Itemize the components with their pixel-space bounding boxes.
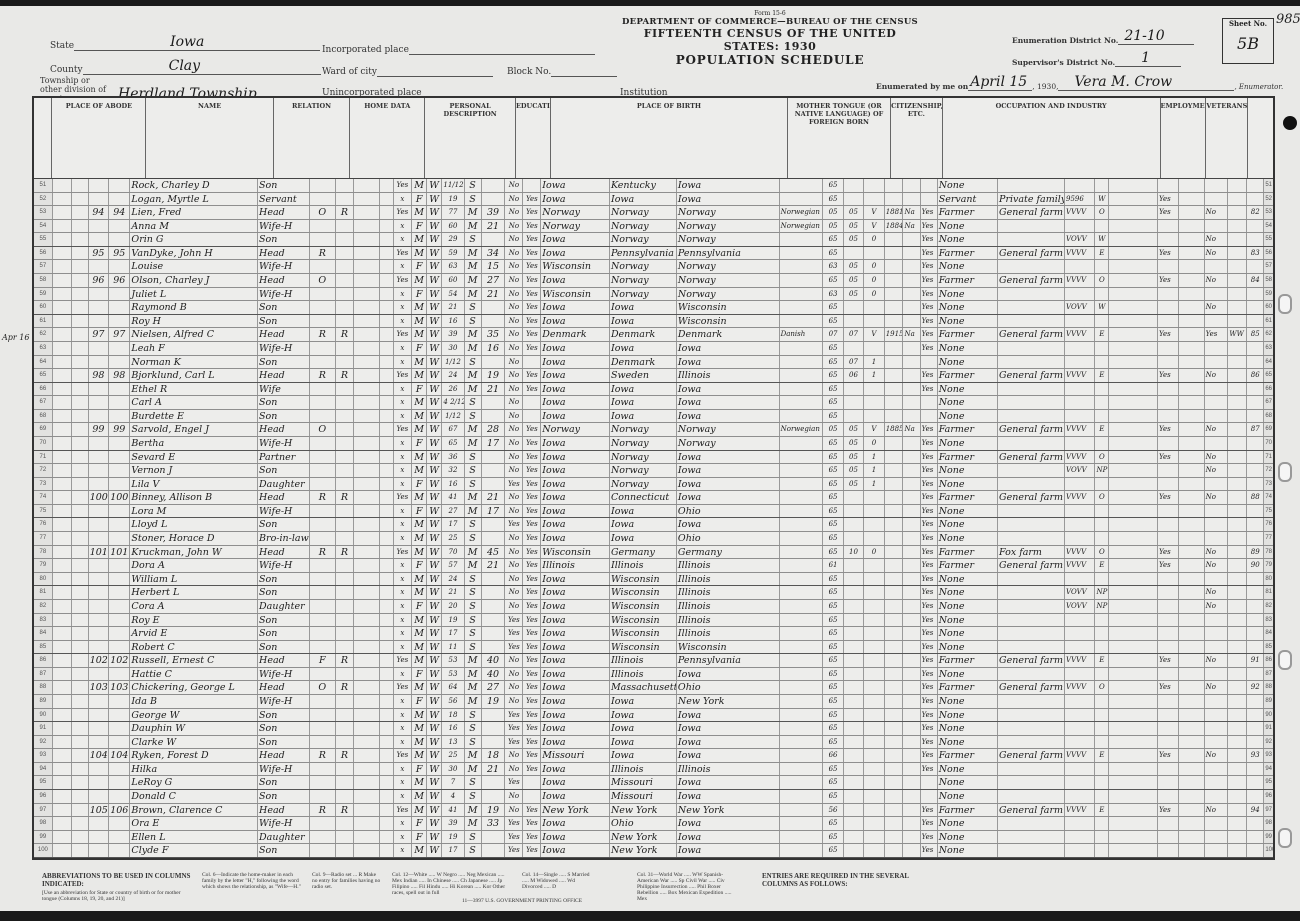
cell-imm: 1915 bbox=[885, 328, 904, 341]
cell-eng: Yes bbox=[921, 423, 938, 436]
cell-b: 05 bbox=[844, 423, 864, 436]
cell-empty bbox=[53, 423, 72, 436]
cell-war bbox=[1228, 804, 1247, 817]
cell-unemp bbox=[1179, 600, 1204, 613]
cell-occ: None bbox=[938, 233, 998, 246]
cell-fam bbox=[109, 790, 130, 803]
cell-empty bbox=[380, 790, 394, 803]
cell-rel: Daughter bbox=[258, 600, 310, 613]
cell-rel: Head bbox=[258, 749, 310, 762]
cell-lang bbox=[780, 709, 824, 722]
cell-empty bbox=[354, 328, 379, 341]
cell-name: Brown, Clarence C bbox=[130, 804, 258, 817]
cell-agem: 45 bbox=[482, 546, 506, 559]
cell-race: W bbox=[427, 763, 442, 776]
cell-line: 76 bbox=[34, 518, 53, 531]
cell-farm: x bbox=[394, 396, 413, 409]
cell-fs bbox=[1247, 505, 1264, 518]
cell-unemp bbox=[1179, 654, 1204, 667]
cell-fam bbox=[109, 776, 130, 789]
cell-ind bbox=[998, 600, 1065, 613]
cell-c bbox=[864, 668, 884, 681]
cell-c bbox=[864, 532, 884, 545]
cell-own: R bbox=[310, 749, 335, 762]
cell-rw bbox=[523, 790, 541, 803]
cell-ind bbox=[998, 464, 1065, 477]
cell-radio bbox=[336, 478, 355, 491]
cell-eng: Yes bbox=[921, 546, 938, 559]
cell-empty bbox=[1109, 383, 1158, 396]
cell-empty bbox=[53, 817, 72, 830]
cell-lang bbox=[780, 546, 824, 559]
cell-empty bbox=[53, 654, 72, 667]
cell-empty bbox=[380, 776, 394, 789]
cell-d: VVVV bbox=[1065, 546, 1095, 559]
table-row: 93104104Ryken, Forest DHeadRRYesMW25M18N… bbox=[34, 749, 1273, 763]
cell-imm bbox=[885, 383, 904, 396]
cell-dw bbox=[89, 451, 109, 464]
cell-work bbox=[1158, 505, 1179, 518]
cell-name: Rock, Charley D bbox=[130, 179, 258, 192]
cell-war bbox=[1228, 315, 1247, 328]
cell-fb: Iowa bbox=[610, 518, 677, 531]
cell-ind bbox=[998, 396, 1065, 409]
cell-d bbox=[1065, 641, 1095, 654]
cell-dw bbox=[89, 315, 109, 328]
cell-sex: M bbox=[412, 491, 427, 504]
cell-unemp bbox=[1179, 369, 1204, 382]
cell-work bbox=[1158, 260, 1179, 273]
cell-empty bbox=[53, 804, 72, 817]
cell-fb: Iowa bbox=[610, 695, 677, 708]
cell-b bbox=[844, 301, 864, 314]
cell-rel: Son bbox=[258, 410, 310, 423]
cell-vet bbox=[1205, 437, 1229, 450]
cell-fs bbox=[1247, 532, 1264, 545]
cell-ind bbox=[998, 573, 1065, 586]
cell-line: 73 bbox=[34, 478, 53, 491]
table-row: 84Arvid ESonxMW17SYesYesIowaWisconsinIll… bbox=[34, 627, 1273, 641]
cell-name: Russell, Ernest C bbox=[130, 654, 258, 667]
cell-occ: None bbox=[938, 844, 998, 857]
cell-sex: F bbox=[412, 668, 427, 681]
cell-work bbox=[1158, 383, 1179, 396]
cell-vet bbox=[1205, 410, 1229, 423]
cell-occ: Farmer bbox=[938, 804, 998, 817]
cell-rw: Yes bbox=[523, 831, 541, 844]
cell-age: 11 bbox=[442, 641, 464, 654]
cell-mb: Wisconsin bbox=[677, 315, 780, 328]
cell-dw: 100 bbox=[89, 491, 109, 504]
cell-cls bbox=[1095, 478, 1109, 491]
cell-vet: No bbox=[1205, 491, 1229, 504]
cell-sch: Yes bbox=[505, 844, 523, 857]
cell-agem bbox=[482, 518, 506, 531]
cell-fb: Norway bbox=[610, 233, 677, 246]
cell-dw bbox=[89, 288, 109, 301]
cell-occ: None bbox=[938, 301, 998, 314]
cell-a: 65 bbox=[823, 600, 843, 613]
cell-empty bbox=[354, 247, 379, 260]
cell-war bbox=[1228, 749, 1247, 762]
cell-ind bbox=[998, 342, 1065, 355]
schedule-title-block: Form 15-6 DEPARTMENT OF COMMERCE—BUREAU … bbox=[620, 10, 920, 67]
cell-fam bbox=[109, 478, 130, 491]
cell-fb: New York bbox=[610, 844, 677, 857]
cell-empty bbox=[72, 383, 89, 396]
cell-c: 0 bbox=[864, 288, 884, 301]
cell-line: 97 bbox=[1264, 804, 1273, 817]
cell-c bbox=[864, 776, 884, 789]
cell-mb: Iowa bbox=[677, 844, 780, 857]
cell-lang bbox=[780, 342, 824, 355]
cell-fs bbox=[1247, 410, 1264, 423]
cell-empty bbox=[354, 464, 379, 477]
cell-radio bbox=[336, 709, 355, 722]
cell-empty bbox=[380, 749, 394, 762]
cell-empty bbox=[354, 518, 379, 531]
cell-empty bbox=[72, 804, 89, 817]
cell-vet bbox=[1205, 288, 1229, 301]
cell-eng: Yes bbox=[921, 220, 938, 233]
cell-dw bbox=[89, 709, 109, 722]
cell-fam: 94 bbox=[109, 206, 130, 219]
cell-cls: E bbox=[1095, 749, 1109, 762]
cell-war bbox=[1228, 206, 1247, 219]
cell-eng: Yes bbox=[921, 206, 938, 219]
cell-rw: Yes bbox=[523, 586, 541, 599]
cell-empty bbox=[1109, 817, 1158, 830]
cell-mb: Iowa bbox=[677, 356, 780, 369]
cell-eng bbox=[921, 410, 938, 423]
cell-c bbox=[864, 614, 884, 627]
cell-work bbox=[1158, 179, 1179, 192]
cell-unemp bbox=[1179, 356, 1204, 369]
cell-age: 54 bbox=[442, 288, 464, 301]
cell-work bbox=[1158, 437, 1179, 450]
cell-mb: Illinois bbox=[677, 600, 780, 613]
cell-occ: None bbox=[938, 573, 998, 586]
cell-age: 27 bbox=[442, 505, 464, 518]
cell-c bbox=[864, 193, 884, 206]
cell-ind bbox=[998, 383, 1065, 396]
cell-a: 65 bbox=[823, 369, 843, 382]
cell-empty bbox=[72, 396, 89, 409]
cell-own bbox=[310, 573, 335, 586]
cell-mar: S bbox=[465, 451, 482, 464]
cell-farm: Yes bbox=[394, 369, 413, 382]
cell-radio bbox=[336, 383, 355, 396]
cell-rel: Son bbox=[258, 614, 310, 627]
cell-empty bbox=[53, 776, 72, 789]
cell-empty bbox=[354, 220, 379, 233]
cell-rel: Head bbox=[258, 681, 310, 694]
cell-dw: 104 bbox=[89, 749, 109, 762]
cell-work bbox=[1158, 709, 1179, 722]
table-row: 73Lila VDaughterxFW16SYesYesIowaNorwayIo… bbox=[34, 478, 1273, 492]
cell-pb: Denmark bbox=[541, 328, 610, 341]
cell-rel: Son bbox=[258, 301, 310, 314]
cell-c bbox=[864, 396, 884, 409]
cell-age: 16 bbox=[442, 478, 464, 491]
cell-sch: No bbox=[505, 315, 523, 328]
cell-fs bbox=[1247, 573, 1264, 586]
cell-empty bbox=[72, 410, 89, 423]
cell-empty bbox=[354, 586, 379, 599]
cell-radio bbox=[336, 790, 355, 803]
cell-radio bbox=[336, 722, 355, 735]
cell-nat bbox=[903, 518, 920, 531]
table-row: 96Donald CSonxMW4SNoIowaMissouriIowa65No… bbox=[34, 790, 1273, 804]
cell-vet bbox=[1205, 776, 1229, 789]
cell-fb: Missouri bbox=[610, 790, 677, 803]
cell-d: VOVV bbox=[1065, 301, 1095, 314]
cell-line: 95 bbox=[34, 776, 53, 789]
binding-punch bbox=[1283, 116, 1297, 130]
table-row: 67Carl ASonxMW4 2/12SNoIowaIowaIowa65Non… bbox=[34, 396, 1273, 410]
cell-race: W bbox=[427, 247, 442, 260]
cell-race: W bbox=[427, 396, 442, 409]
cell-ind: General farm bbox=[998, 274, 1065, 287]
cell-empty bbox=[380, 491, 394, 504]
cell-empty bbox=[380, 451, 394, 464]
cell-unemp bbox=[1179, 315, 1204, 328]
cell-rw: Yes bbox=[523, 763, 541, 776]
cell-rw: Yes bbox=[523, 614, 541, 627]
cell-imm bbox=[885, 627, 904, 640]
cell-eng: Yes bbox=[921, 559, 938, 572]
cell-radio bbox=[336, 641, 355, 654]
cell-c: 0 bbox=[864, 260, 884, 273]
cell-empty bbox=[380, 641, 394, 654]
cell-own: O bbox=[310, 423, 335, 436]
cell-empty bbox=[380, 722, 394, 735]
cell-race: W bbox=[427, 423, 442, 436]
cell-empty bbox=[354, 776, 379, 789]
cell-empty bbox=[1109, 220, 1158, 233]
cell-farm: Yes bbox=[394, 179, 413, 192]
cell-cls: W bbox=[1095, 301, 1109, 314]
cell-mar: S bbox=[465, 844, 482, 857]
cell-dw bbox=[89, 695, 109, 708]
cell-occ: None bbox=[938, 831, 998, 844]
cell-c: 1 bbox=[864, 451, 884, 464]
cell-imm bbox=[885, 342, 904, 355]
cell-rw: Yes bbox=[523, 451, 541, 464]
cell-farm: x bbox=[394, 464, 413, 477]
cell-fs bbox=[1247, 695, 1264, 708]
cell-sch: No bbox=[505, 247, 523, 260]
cell-mb: Iowa bbox=[677, 722, 780, 735]
cell-race: W bbox=[427, 179, 442, 192]
cell-age: 39 bbox=[442, 328, 464, 341]
cell-lang bbox=[780, 559, 824, 572]
cell-lang bbox=[780, 233, 824, 246]
cell-sch: No bbox=[505, 546, 523, 559]
cell-lang bbox=[780, 641, 824, 654]
cell-fb: Norway bbox=[610, 288, 677, 301]
cell-empty bbox=[380, 315, 394, 328]
cell-empty bbox=[1109, 274, 1158, 287]
cell-nat bbox=[903, 614, 920, 627]
cell-empty bbox=[53, 260, 72, 273]
cell-radio bbox=[336, 600, 355, 613]
table-row: 70BerthaWife-HxFW65M17NoYesIowaNorwayNor… bbox=[34, 437, 1273, 451]
cell-line: 64 bbox=[1264, 356, 1273, 369]
cell-occ: None bbox=[938, 220, 998, 233]
cell-radio bbox=[336, 288, 355, 301]
cell-age: 39 bbox=[442, 817, 464, 830]
cell-lang bbox=[780, 695, 824, 708]
cell-c bbox=[864, 654, 884, 667]
cell-empty bbox=[1109, 559, 1158, 572]
table-row: 52Logan, Myrtle LServantxFW19SNoYesIowaI… bbox=[34, 193, 1273, 207]
cell-own bbox=[310, 518, 335, 531]
cell-mar: M bbox=[465, 328, 482, 341]
cell-fs: 85 bbox=[1247, 328, 1264, 341]
cell-eng: Yes bbox=[921, 654, 938, 667]
cell-empty bbox=[1109, 423, 1158, 436]
cell-lang bbox=[780, 193, 824, 206]
cell-farm: x bbox=[394, 288, 413, 301]
binding-hole bbox=[1278, 294, 1292, 314]
cell-c: 1 bbox=[864, 369, 884, 382]
cell-empty bbox=[354, 722, 379, 735]
cell-fb: Iowa bbox=[610, 505, 677, 518]
cell-c bbox=[864, 736, 884, 749]
cell-b bbox=[844, 491, 864, 504]
cell-occ: Farmer bbox=[938, 328, 998, 341]
cell-occ: None bbox=[938, 736, 998, 749]
cell-sex: F bbox=[412, 763, 427, 776]
cell-nat bbox=[903, 356, 920, 369]
cell-occ: None bbox=[938, 695, 998, 708]
cell-empty bbox=[53, 491, 72, 504]
cell-b: 05 bbox=[844, 464, 864, 477]
cell-empty bbox=[354, 641, 379, 654]
cell-sch: No bbox=[505, 505, 523, 518]
cell-lang bbox=[780, 315, 824, 328]
cell-lang bbox=[780, 518, 824, 531]
cell-eng: Yes bbox=[921, 383, 938, 396]
cell-radio: R bbox=[336, 546, 355, 559]
cell-d bbox=[1065, 709, 1095, 722]
cell-pb: Iowa bbox=[541, 776, 610, 789]
cell-agem bbox=[482, 478, 506, 491]
table-row: 95LeRoy GSonxMW7SYesIowaMissouriIowa65No… bbox=[34, 776, 1273, 790]
cell-unemp bbox=[1179, 804, 1204, 817]
cell-fam bbox=[109, 831, 130, 844]
cell-own bbox=[310, 437, 335, 450]
cell-mb: Illinois bbox=[677, 627, 780, 640]
cell-a: 65 bbox=[823, 817, 843, 830]
cell-occ: Farmer bbox=[938, 423, 998, 436]
cell-own bbox=[310, 356, 335, 369]
cell-occ: None bbox=[938, 614, 998, 627]
cell-sex: M bbox=[412, 614, 427, 627]
cell-empty bbox=[72, 491, 89, 504]
cell-war bbox=[1228, 451, 1247, 464]
cell-radio bbox=[336, 315, 355, 328]
cell-imm bbox=[885, 817, 904, 830]
cell-a: 65 bbox=[823, 709, 843, 722]
cell-occ: None bbox=[938, 668, 998, 681]
cell-rel: Wife-H bbox=[258, 817, 310, 830]
cell-empty bbox=[354, 736, 379, 749]
cell-c bbox=[864, 410, 884, 423]
cell-nat bbox=[903, 274, 920, 287]
cell-imm bbox=[885, 844, 904, 857]
cell-d bbox=[1065, 532, 1095, 545]
cell-own: R bbox=[310, 247, 335, 260]
cell-empty bbox=[380, 654, 394, 667]
cell-agem: 21 bbox=[482, 288, 506, 301]
cell-own: O bbox=[310, 274, 335, 287]
cell-line: 59 bbox=[1264, 288, 1273, 301]
cell-empty bbox=[1109, 586, 1158, 599]
group-occupation-industry: OCCUPATION AND INDUSTRY bbox=[943, 102, 1160, 110]
cell-c: 0 bbox=[864, 546, 884, 559]
cell-war bbox=[1228, 600, 1247, 613]
cell-war bbox=[1228, 532, 1247, 545]
cell-mar: M bbox=[465, 247, 482, 260]
cell-dw bbox=[89, 260, 109, 273]
cell-dw bbox=[89, 478, 109, 491]
cell-sex: M bbox=[412, 410, 427, 423]
cell-unemp bbox=[1179, 437, 1204, 450]
cell-agem: 21 bbox=[482, 559, 506, 572]
cell-cls bbox=[1095, 695, 1109, 708]
cell-d: VOVV bbox=[1065, 233, 1095, 246]
cell-farm: x bbox=[394, 342, 413, 355]
cell-sex: M bbox=[412, 546, 427, 559]
cell-empty bbox=[1109, 804, 1158, 817]
cell-race: W bbox=[427, 614, 442, 627]
cell-ind: General farm bbox=[998, 247, 1065, 260]
cell-empty bbox=[380, 844, 394, 857]
cell-empty bbox=[1109, 315, 1158, 328]
cell-a: 05 bbox=[823, 423, 843, 436]
cell-fs bbox=[1247, 817, 1264, 830]
state-field: State Iowa bbox=[50, 34, 320, 51]
cell-imm: 1885 bbox=[885, 423, 904, 436]
cell-work bbox=[1158, 586, 1179, 599]
cell-pb: Iowa bbox=[541, 451, 610, 464]
cell-empty bbox=[53, 451, 72, 464]
cell-empty bbox=[354, 315, 379, 328]
cell-own bbox=[310, 301, 335, 314]
cell-empty bbox=[72, 600, 89, 613]
cell-fb: Iowa bbox=[610, 342, 677, 355]
cell-agem bbox=[482, 233, 506, 246]
cell-radio bbox=[336, 627, 355, 640]
cell-sex: M bbox=[412, 274, 427, 287]
cell-agem bbox=[482, 301, 506, 314]
cell-line: 73 bbox=[1264, 478, 1273, 491]
cell-b bbox=[844, 831, 864, 844]
cell-name: William L bbox=[130, 573, 258, 586]
cell-age: 17 bbox=[442, 627, 464, 640]
cell-cls bbox=[1095, 315, 1109, 328]
cell-line: 91 bbox=[34, 722, 53, 735]
cell-name: Roy E bbox=[130, 614, 258, 627]
cell-own bbox=[310, 736, 335, 749]
cell-occ: None bbox=[938, 288, 998, 301]
cell-empty bbox=[53, 288, 72, 301]
cell-age: 30 bbox=[442, 342, 464, 355]
group-veterans: VETERANS bbox=[1206, 102, 1247, 110]
cell-line: 52 bbox=[34, 193, 53, 206]
